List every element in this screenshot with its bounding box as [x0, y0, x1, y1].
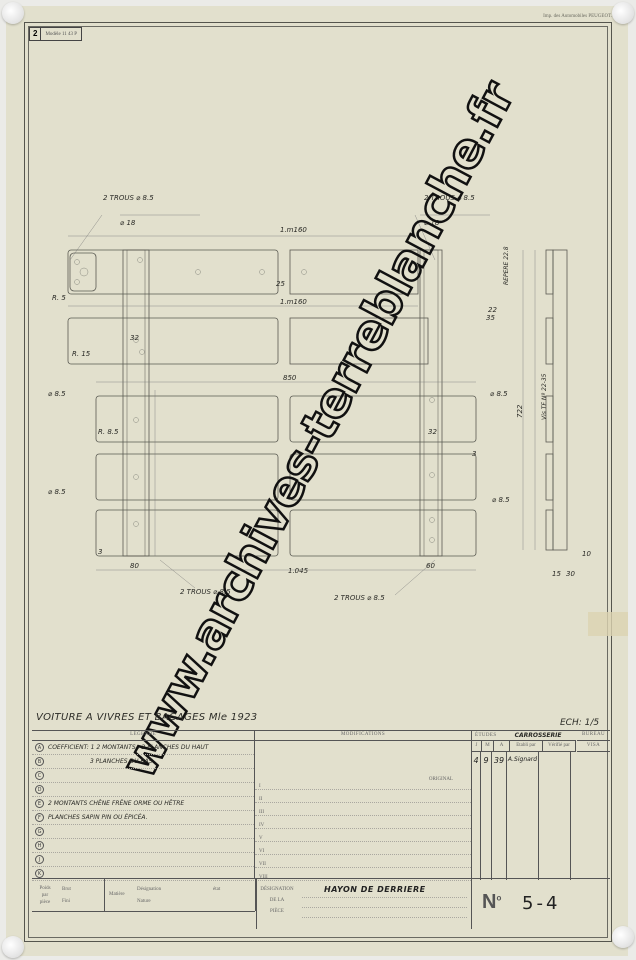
technical-drawing: 1.m160 1.m160 850 1.045 25 80 60 32 32 3… — [0, 0, 636, 700]
legend-text: COEFFICIENT: 1 2 MONTANTS . 2 PLANCHES D… — [48, 744, 208, 751]
legend-key: B — [35, 757, 44, 766]
label-bottom-right-holes: 2 TROUS ⌀ 8.5 — [334, 594, 385, 602]
nature-label: Nature — [137, 899, 151, 904]
legend-row: B 3 PLANCHES DU BAS — [32, 755, 254, 769]
ruled-line — [302, 897, 467, 898]
label-top-left-dia: ⌀ 18 — [120, 219, 136, 227]
legend-key: J — [35, 855, 44, 864]
legend-key: E — [35, 799, 44, 808]
screws-note: Vis TF Nº 22-35 — [541, 373, 548, 420]
dim-length-second: 1.m160 — [280, 298, 307, 306]
dim-right-post: 60 — [426, 562, 435, 570]
number-prefix-text: N — [482, 891, 496, 913]
label-left-hole-a: ⌀ 8.5 — [48, 390, 66, 398]
number-prefix-sup: o — [496, 893, 501, 902]
col-year: A — [494, 741, 510, 751]
legend-row: H — [32, 839, 254, 853]
visa-sub: VISA — [577, 741, 610, 752]
ruled-line — [302, 917, 467, 918]
dim-3-right: 3 — [472, 450, 476, 458]
etudes-section: ÉTUDES CARROSSERIE J M A Etabli par Véri… — [472, 730, 576, 878]
number-prefix: No — [482, 891, 501, 914]
legend-header: LÉGENDE — [32, 730, 254, 741]
legend-key: H — [35, 841, 44, 850]
dim-gap: 25 — [276, 280, 285, 288]
modification-row: VII — [255, 855, 471, 868]
label-radius-15: R. 15 — [72, 350, 91, 358]
drawing-number-box: No 5-4 — [472, 879, 610, 929]
original-row: ORIGINAL — [255, 741, 471, 777]
piece-name-box: HAYON DE DERRIERE — [296, 879, 472, 929]
dim-total-height: 722 — [516, 404, 524, 418]
dim-left-post: 80 — [130, 562, 139, 570]
modification-row: IV — [255, 816, 471, 829]
poids-label: Poids par pièce — [36, 885, 54, 906]
modification-row: III — [255, 803, 471, 816]
legend-key: D — [35, 785, 44, 794]
value-day: 4 — [472, 752, 481, 880]
legend-row: E2 MONTANTS CHÊNE FRÊNE ORME OU HÊTRE — [32, 797, 254, 811]
legend-row: D — [32, 783, 254, 797]
value-year: 39 — [492, 752, 507, 880]
etudes-columns: J M A Etabli par Vérifié par — [472, 741, 576, 752]
pushpin-bottom-left — [2, 936, 24, 958]
designation-line: DE LA — [257, 898, 297, 903]
col-verifie: Vérifié par — [543, 741, 576, 751]
fini-label: Fini — [62, 899, 70, 904]
designation-line: DÉSIGNATION — [257, 887, 297, 892]
dim-22: 22 — [488, 306, 497, 314]
modifications-section: MODIFICATIONS ORIGINAL I II III IV V VI … — [255, 730, 472, 878]
legend-section: LÉGENDE ACOEFFICIENT: 1 2 MONTANTS . 2 P… — [32, 730, 255, 878]
dim-3: 3 — [98, 548, 102, 556]
modification-row: II — [255, 790, 471, 803]
col-day: J — [472, 741, 482, 751]
brut-label: Brut — [62, 887, 71, 892]
bottom-blank — [32, 911, 255, 930]
value-etabli: A.Signard — [507, 752, 539, 880]
drawing-scale: ECH: 1/5 — [560, 718, 599, 728]
label-top-left-holes: 2 TROUS ⌀ 8.5 — [103, 194, 154, 202]
poids-box: Poids par pièce Brut Fini — [32, 879, 105, 911]
etudes-category: CARROSSERIE — [515, 732, 562, 739]
legend-key: K — [35, 869, 44, 878]
etudes-values: 4 9 39 A.Signard — [472, 752, 576, 880]
etudes-label: ÉTUDES — [475, 733, 497, 738]
dim-35: 35 — [486, 314, 495, 322]
legend-key: C — [35, 771, 44, 780]
visa-header: BUREAU — [577, 730, 610, 741]
dim-side-30: 30 — [566, 570, 575, 578]
label-right-hole-b: ⌀ 8.5 — [492, 496, 510, 504]
modifications-header: MODIFICATIONS — [255, 730, 471, 741]
label-radius-5: R. 5 — [52, 294, 66, 302]
legend-key: A — [35, 743, 44, 752]
dim-side-10: 10 — [582, 550, 591, 558]
value-verifie — [539, 752, 571, 880]
modification-row: VI — [255, 842, 471, 855]
piece-name: HAYON DE DERRIERE — [324, 885, 426, 894]
col-etabli: Etabli par — [510, 741, 543, 751]
legend-text: PLANCHES SAPIN PIN OU ÉPICÉA. — [48, 814, 148, 821]
designation-line: PIÈCE — [257, 909, 297, 914]
etat-label: état — [213, 887, 220, 892]
visa-section: BUREAU VISA — [577, 730, 610, 878]
legend-row: C — [32, 769, 254, 783]
designation-label: Désignation — [137, 887, 161, 892]
pushpin-bottom-right — [612, 926, 634, 948]
legend-row: ACOEFFICIENT: 1 2 MONTANTS . 2 PLANCHES … — [32, 741, 254, 755]
dim-32-left: 32 — [130, 334, 139, 342]
col-month: M — [482, 741, 494, 751]
legend-text: 3 PLANCHES DU BAS — [48, 758, 152, 765]
legend-row: J — [32, 853, 254, 867]
dim-repere: REPERE 22.8 — [503, 246, 510, 285]
legend-text: 2 MONTANTS CHÊNE FRÊNE ORME OU HÊTRE — [48, 800, 184, 807]
ruled-line — [302, 907, 467, 908]
original-label: ORIGINAL — [429, 777, 453, 782]
label-radius-8-5: R. 8.5 — [98, 428, 119, 436]
legend-row: G — [32, 825, 254, 839]
bottom-block: Poids par pièce Brut Fini Matière Désign… — [32, 878, 610, 929]
etudes-header: ÉTUDES CARROSSERIE — [472, 730, 576, 741]
legend-row: FPLANCHES SAPIN PIN OU ÉPICÉA. — [32, 811, 254, 825]
dim-overall-bottom: 1.045 — [288, 567, 309, 575]
matiere-label: Matière — [109, 892, 125, 897]
dim-length-top: 1.m160 — [280, 226, 307, 234]
dim-32-right: 32 — [428, 428, 437, 436]
label-right-hole-a: ⌀ 8.5 — [490, 390, 508, 398]
matiere-box: Matière Désignation état Nature — [105, 879, 256, 911]
designation-piece-box: DÉSIGNATION DE LA PIÈCE — [256, 879, 297, 929]
value-month: 9 — [481, 752, 492, 880]
legend-key: G — [35, 827, 44, 836]
dim-inner-width: 850 — [283, 374, 297, 382]
dim-side-15: 15 — [552, 570, 561, 578]
vehicle-title: VOITURE A VIVRES ET BAGAGES Mle 1923 — [36, 712, 257, 723]
drawing-number: 5-4 — [522, 893, 560, 914]
label-left-hole-b: ⌀ 8.5 — [48, 488, 66, 496]
legend-key: F — [35, 813, 44, 822]
modification-row: V — [255, 829, 471, 842]
